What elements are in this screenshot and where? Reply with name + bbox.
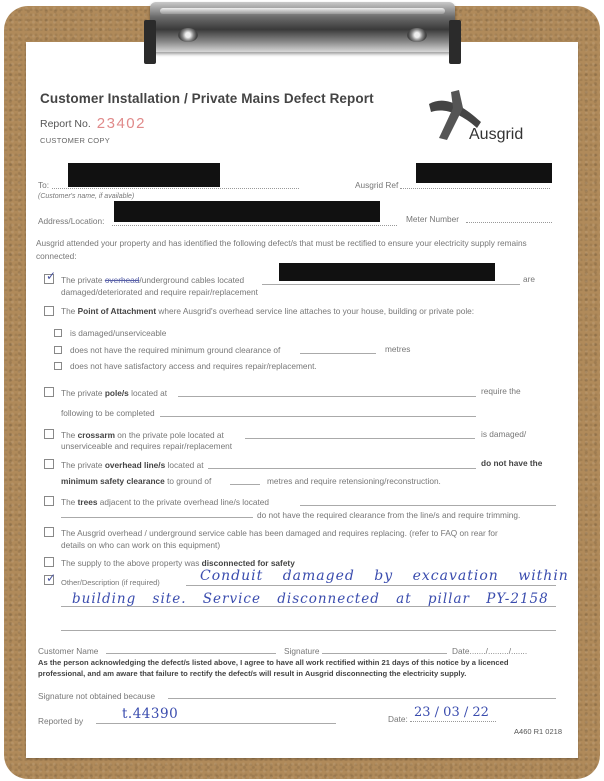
trees-location-field-2[interactable] xyxy=(61,517,253,518)
clipboard-clip xyxy=(150,2,455,52)
to-field[interactable] xyxy=(52,188,299,189)
to-label: To: xyxy=(38,180,49,190)
to-hint: (Customer's name, if available) xyxy=(38,193,134,200)
ausgrid-ref-label: Ausgrid Ref xyxy=(355,180,398,190)
pole-location-field[interactable] xyxy=(178,396,476,397)
address-label: Address/Location: xyxy=(38,216,104,226)
rivet-icon xyxy=(407,28,427,42)
report-number: Report No.23402 xyxy=(40,115,146,132)
crossarm-location-field[interactable] xyxy=(245,438,475,439)
poa-text: The Point of Attachment where Ausgrid's … xyxy=(61,306,474,316)
report-date-label: Date: xyxy=(388,714,408,724)
disconnected-checkbox[interactable] xyxy=(44,557,54,567)
form-title: Customer Installation / Private Mains De… xyxy=(40,91,374,106)
poa-clearance-checkbox[interactable] xyxy=(54,346,62,354)
pole-work-field[interactable] xyxy=(160,416,476,417)
pole-checkbox[interactable] xyxy=(44,387,54,397)
poa-clearance-field[interactable] xyxy=(300,353,376,354)
service-cable-checkbox[interactable] xyxy=(44,527,54,537)
checkmark-icon: ✓ xyxy=(46,270,56,282)
customer-name-field[interactable] xyxy=(106,653,276,654)
redacted-cables-location xyxy=(279,263,495,281)
checkmark-icon: ✓ xyxy=(46,572,56,584)
redacted-customer-name xyxy=(68,163,220,187)
trees-location-field[interactable] xyxy=(300,505,556,506)
poa-access-checkbox[interactable] xyxy=(54,362,62,370)
other-description-field[interactable] xyxy=(186,585,556,586)
crossarm-checkbox[interactable] xyxy=(44,429,54,439)
overhead-clearance-field[interactable] xyxy=(230,484,260,485)
handwritten-description-2: building site. Service disconnected at p… xyxy=(72,591,549,607)
report-number-value: 23402 xyxy=(97,115,146,132)
signature-not-obtained-field[interactable] xyxy=(168,698,556,699)
copy-label: CUSTOMER COPY xyxy=(40,136,110,145)
address-field[interactable] xyxy=(112,225,397,226)
cables-location-field[interactable] xyxy=(262,284,520,285)
intro-text: Ausgrid attended your property and has i… xyxy=(36,237,558,263)
trees-checkbox[interactable] xyxy=(44,496,54,506)
meter-number-label: Meter Number xyxy=(406,214,459,224)
other-description-field-3[interactable] xyxy=(61,630,556,631)
date-field[interactable]: Date......./........./....... xyxy=(452,646,527,656)
redacted-ausgrid-ref xyxy=(416,163,552,183)
poa-damaged-checkbox[interactable] xyxy=(54,329,62,337)
reported-by-label: Reported by xyxy=(38,716,83,726)
redacted-address xyxy=(114,201,380,222)
form-code: A460 R1 0218 xyxy=(514,727,562,736)
report-date-value: 23 / 03 / 22 xyxy=(414,705,489,720)
meter-number-field[interactable] xyxy=(466,222,552,223)
report-date-field[interactable] xyxy=(410,721,496,722)
cables-text: The private overhead/underground cables … xyxy=(61,275,244,285)
reported-by-value: t.44390 xyxy=(122,706,178,722)
ausgrid-logo: Ausgrid xyxy=(425,88,540,148)
handwritten-description-1: Conduit damaged by excavation within xyxy=(200,568,569,584)
customer-name-label: Customer Name xyxy=(38,646,98,656)
signature-field[interactable] xyxy=(322,653,447,654)
reported-by-field[interactable] xyxy=(96,723,336,724)
overhead-line-checkbox[interactable] xyxy=(44,459,54,469)
ausgrid-ref-field[interactable] xyxy=(400,188,550,189)
poa-checkbox[interactable] xyxy=(44,306,54,316)
rivet-icon xyxy=(178,28,198,42)
overhead-location-field[interactable] xyxy=(208,468,476,469)
signature-label: Signature xyxy=(284,646,320,656)
signature-not-obtained-label: Signature not obtained because xyxy=(38,691,155,701)
